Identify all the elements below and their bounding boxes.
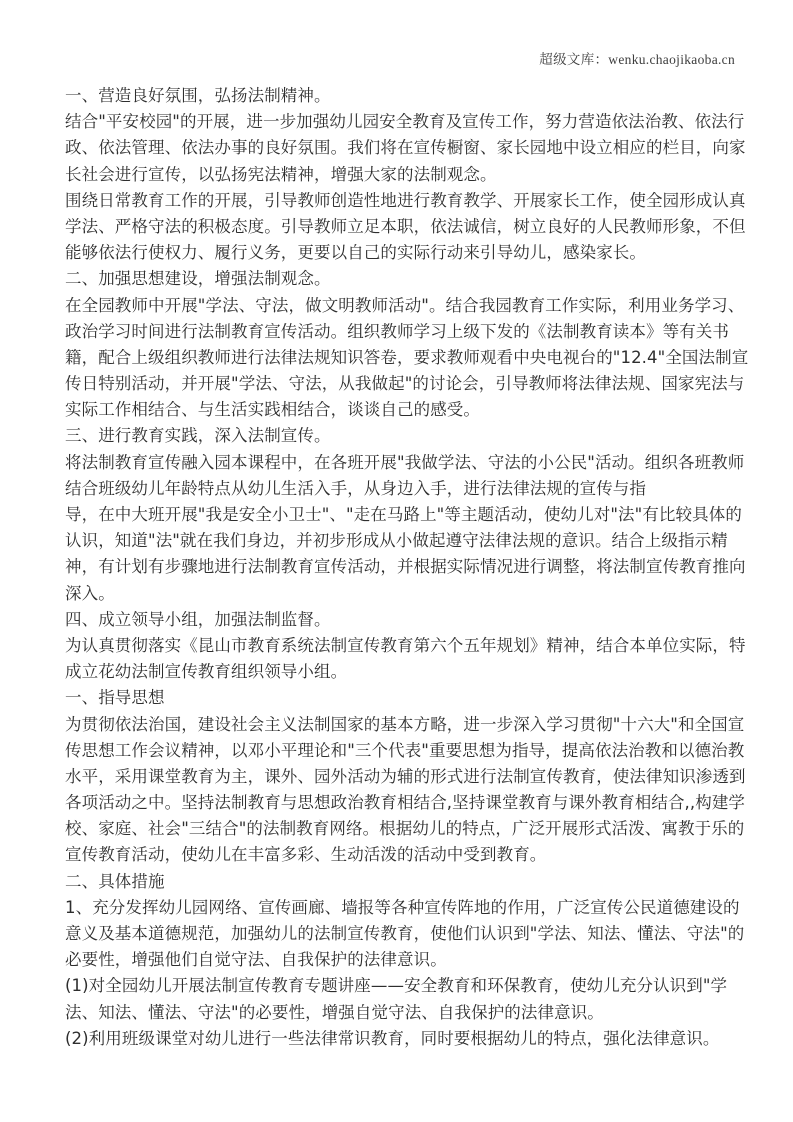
text-line: 四、成立领导小组，加强法制监督。: [65, 607, 737, 633]
text-line: 长社会进行宣传，以弘扬宪法精神，增强大家的法制观念。: [65, 162, 737, 188]
text-line: 传日特别活动，并开展"学法、守法，从我做起"的讨论会，引导教师将法律法规、国家宪…: [65, 371, 737, 397]
watermark-site-url: wenku.chaojikaoba.cn: [608, 52, 735, 67]
text-line: 围绕日常教育工作的开展，引导教师创造性地进行教育教学、开展家长工作，使全园形成认…: [65, 188, 737, 214]
text-line: 在全园教师中开展"学法、守法，做文明教师活动"。结合我园教育工作实际，利用业务学…: [65, 293, 737, 319]
text-line: 政治学习时间进行法制教育宣传活动。组织教师学习上级下发的《法制教育读本》等有关书: [65, 319, 737, 345]
text-line: 导，在中大班开展"我是安全小卫士"、"走在马路上"等主题活动，使幼儿对"法"有比…: [65, 502, 737, 528]
watermark-header: 超级文库：wenku.chaojikaoba.cn: [539, 48, 735, 68]
text-line: 1、充分发挥幼儿园网络、宣传画廊、墙报等各种宣传阵地的作用，广泛宣传公民道德建设…: [65, 895, 737, 921]
text-line: 二、加强思想建设，增强法制观念。: [65, 266, 737, 292]
text-line: (1)对全园幼儿开展法制宣传教育专题讲座——安全教育和环保教育，使幼儿充分认识到…: [65, 973, 737, 999]
text-line: 学法、严格守法的积极态度。引导教师立足本职，依法诚信，树立良好的人民教师形象，不…: [65, 214, 737, 240]
document-page: 超级文库：wenku.chaojikaoba.cn 一、营造良好氛围，弘扬法制精…: [0, 0, 793, 1122]
text-line: 政、依法管理、依法办事的良好氛围。我们将在宣传橱窗、家长园地中设立相应的栏目，向…: [65, 135, 737, 161]
document-body: 一、营造良好氛围，弘扬法制精神。结合"平安校园"的开展，进一步加强幼儿园安全教育…: [65, 83, 737, 1052]
text-line: 成立花幼法制宣传教育组织领导小组。: [65, 659, 737, 685]
text-line: 校、家庭、社会"三结合"的法制教育网络。根据幼儿的特点，广泛开展形式活泼、寓教于…: [65, 816, 737, 842]
text-line: 为贯彻依法治国，建设社会主义法制国家的基本方略，进一步深入学习贯彻"十六大"和全…: [65, 712, 737, 738]
text-line: 神，有计划有步骤地进行法制教育宣传活动，并根据实际情况进行调整，将法制宣传教育推…: [65, 554, 737, 580]
text-line: 一、指导思想: [65, 685, 737, 711]
text-line: 宣传教育活动，使幼儿在丰富多彩、生动活泼的活动中受到教育。: [65, 842, 737, 868]
text-line: 三、进行教育实践，深入法制宣传。: [65, 423, 737, 449]
text-line: 结合"平安校园"的开展，进一步加强幼儿园安全教育及宣传工作，努力营造依法治教、依…: [65, 109, 737, 135]
text-line: 将法制教育宣传融入园本课程中，在各班开展"我做学法、守法的小公民"活动。组织各班…: [65, 450, 737, 476]
text-line: 意义及基本道德规范，加强幼儿的法制宣传教育，使他们认识到"学法、知法、懂法、守法…: [65, 921, 737, 947]
text-line: 传思想工作会议精神，以邓小平理论和"三个代表"重要思想为指导，提高依法治教和以德…: [65, 738, 737, 764]
watermark-site-label: 超级文库：: [539, 52, 608, 67]
text-line: 各项活动之中。坚持法制教育与思想政治教育相结合,坚持课堂教育与课外教育相结合,,…: [65, 790, 737, 816]
text-line: 实际工作相结合、与生活实践相结合，谈谈自己的感受。: [65, 397, 737, 423]
text-line: 深入。: [65, 581, 737, 607]
text-line: 一、营造良好氛围，弘扬法制精神。: [65, 83, 737, 109]
text-line: 二、具体措施: [65, 869, 737, 895]
text-line: 籍，配合上级组织教师进行法律法规知识答卷，要求教师观看中央电视台的"12.4"全…: [65, 345, 737, 371]
text-line: (2)利用班级课堂对幼儿进行一些法律常识教育，同时要根据幼儿的特点，强化法律意识…: [65, 1026, 737, 1052]
text-line: 能够依法行使权力、履行义务，更要以自己的实际行动来引导幼儿，感染家长。: [65, 240, 737, 266]
text-line: 认识，知道"法"就在我们身边，并初步形成从小做起遵守法律法规的意识。结合上级指示…: [65, 528, 737, 554]
text-line: 为认真贯彻落实《昆山市教育系统法制宣传教育第六个五年规划》精神，结合本单位实际，…: [65, 633, 737, 659]
text-line: 结合班级幼儿年龄特点从幼儿生活入手，从身边入手，进行法律法规的宣传与指: [65, 476, 737, 502]
text-line: 水平，采用课堂教育为主，课外、园外活动为辅的形式进行法制宣传教育，使法律知识渗透…: [65, 764, 737, 790]
text-line: 法、知法、懂法、守法"的必要性，增强自觉守法、自我保护的法律意识。: [65, 1000, 737, 1026]
text-line: 必要性，增强他们自觉守法、自我保护的法律意识。: [65, 947, 737, 973]
